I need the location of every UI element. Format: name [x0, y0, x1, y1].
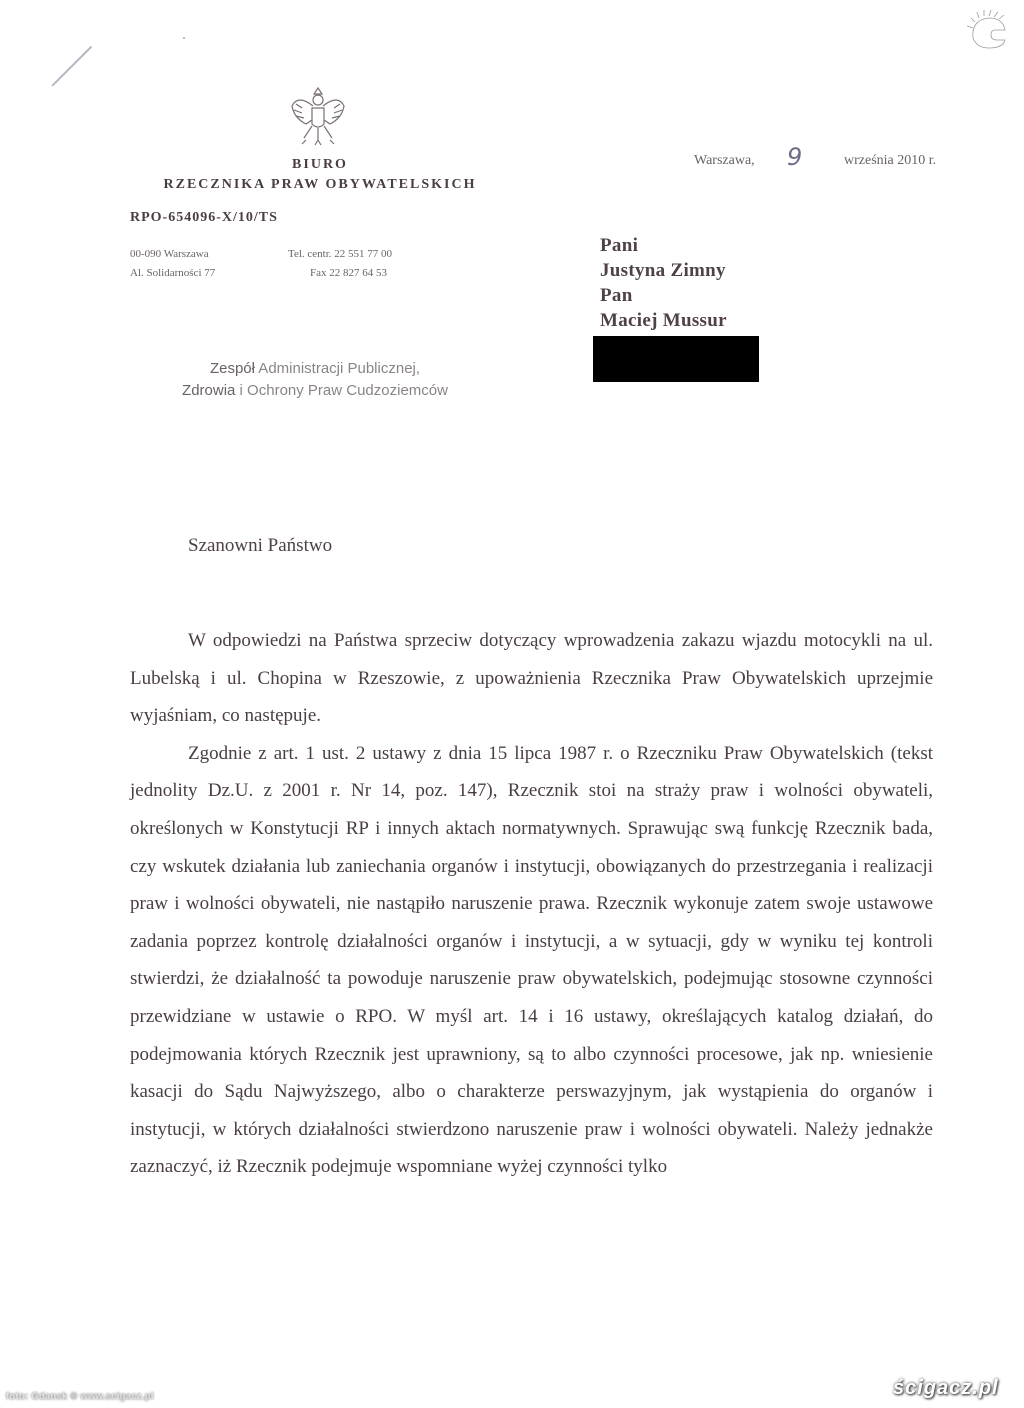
helmet-logo-icon: [965, 8, 1009, 52]
department-line1-bold: Zespół: [210, 360, 255, 377]
salutation: Szanowni Państwo: [188, 535, 332, 557]
brand-watermark: ścigacz.pl: [893, 1377, 999, 1400]
body-paragraph-2: Zgodnie z art. 1 ust. 2 ustawy z dnia 15…: [130, 735, 933, 1186]
recipient-title-2: Pan: [600, 285, 633, 307]
address-postal: 00-090 Warszawa: [130, 248, 209, 260]
date-month-year: września 2010 r.: [844, 153, 936, 169]
speck-mark: [183, 37, 185, 39]
reference-number: RPO-654096-X/10/TS: [130, 210, 278, 226]
department-line2-bold: Zdrowia: [182, 382, 235, 399]
department-line2: Zdrowia i Ochrony Praw Cudzoziemców: [150, 382, 480, 399]
pen-stroke-mark: [51, 46, 92, 87]
photo-credit-watermark: foto: Gdansk © www.scigacz.pl: [6, 1391, 154, 1401]
date-place: Warszawa,: [694, 153, 755, 169]
letter-body: W odpowiedzi na Państwa sprzeciw dotyczą…: [130, 622, 933, 1186]
fax-number: Fax 22 827 64 53: [310, 267, 387, 279]
body-paragraph-1: W odpowiedzi na Państwa sprzeciw dotyczą…: [130, 622, 933, 735]
org-name-line2: RZECZNIKA PRAW OBYWATELSKICH: [130, 177, 510, 193]
department-line1-rest: Administracji Publicznej,: [255, 360, 420, 377]
department-line2-rest: i Ochrony Praw Cudzoziemców: [235, 382, 448, 399]
recipient-name-1: Justyna Zimny: [600, 260, 726, 282]
org-name-line1: BIURO: [130, 157, 510, 173]
department-line1: Zespół Administracji Publicznej,: [150, 360, 480, 377]
redacted-address-block: [593, 336, 759, 382]
address-street: Al. Solidarności 77: [130, 267, 215, 279]
recipient-name-2: Maciej Mussur: [600, 310, 727, 332]
date-day-handwritten: 9: [787, 143, 802, 171]
phone-number: Tel. centr. 22 551 77 00: [288, 248, 392, 260]
recipient-title-1: Pani: [600, 235, 638, 257]
polish-eagle-emblem-icon: [288, 84, 348, 148]
